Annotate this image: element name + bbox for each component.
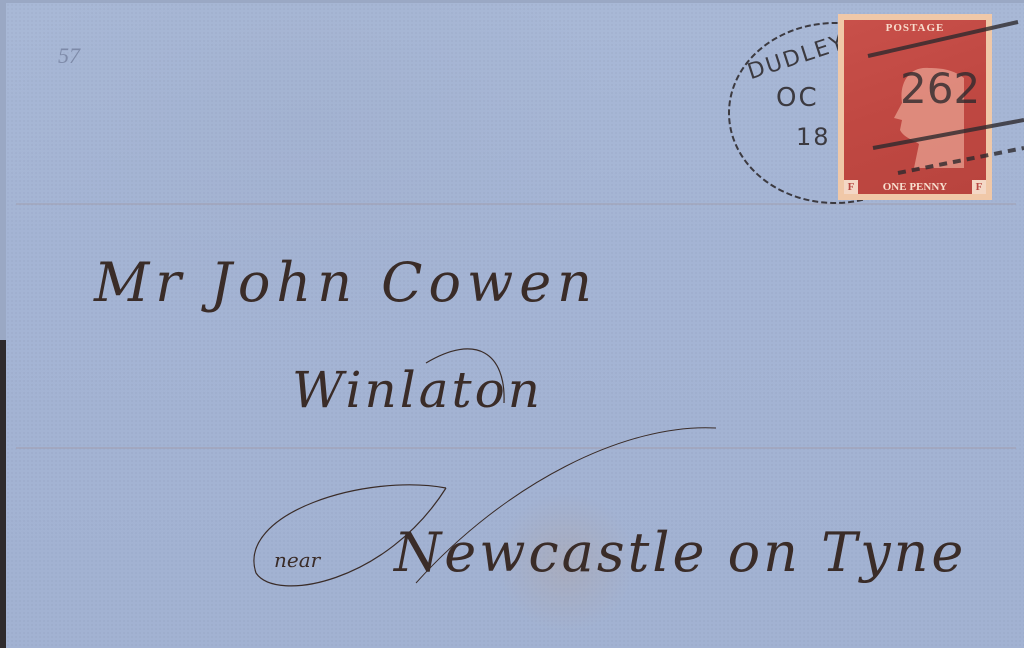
postmark-month: OC (776, 83, 819, 113)
address-near: near (274, 548, 320, 572)
postmark-year: 18 (796, 123, 831, 151)
address-line-name: Mr John Cowen (94, 251, 598, 314)
pencil-note: 57 (58, 43, 80, 69)
address-line-city: Newcastle on Tyne (394, 521, 966, 584)
numeral-cancel: 262 (838, 8, 1024, 198)
envelope: 57 DUDLEY OC 18 POSTAGE F F ONE PENNY 26… (6, 3, 1024, 648)
svg-text:262: 262 (900, 64, 980, 113)
